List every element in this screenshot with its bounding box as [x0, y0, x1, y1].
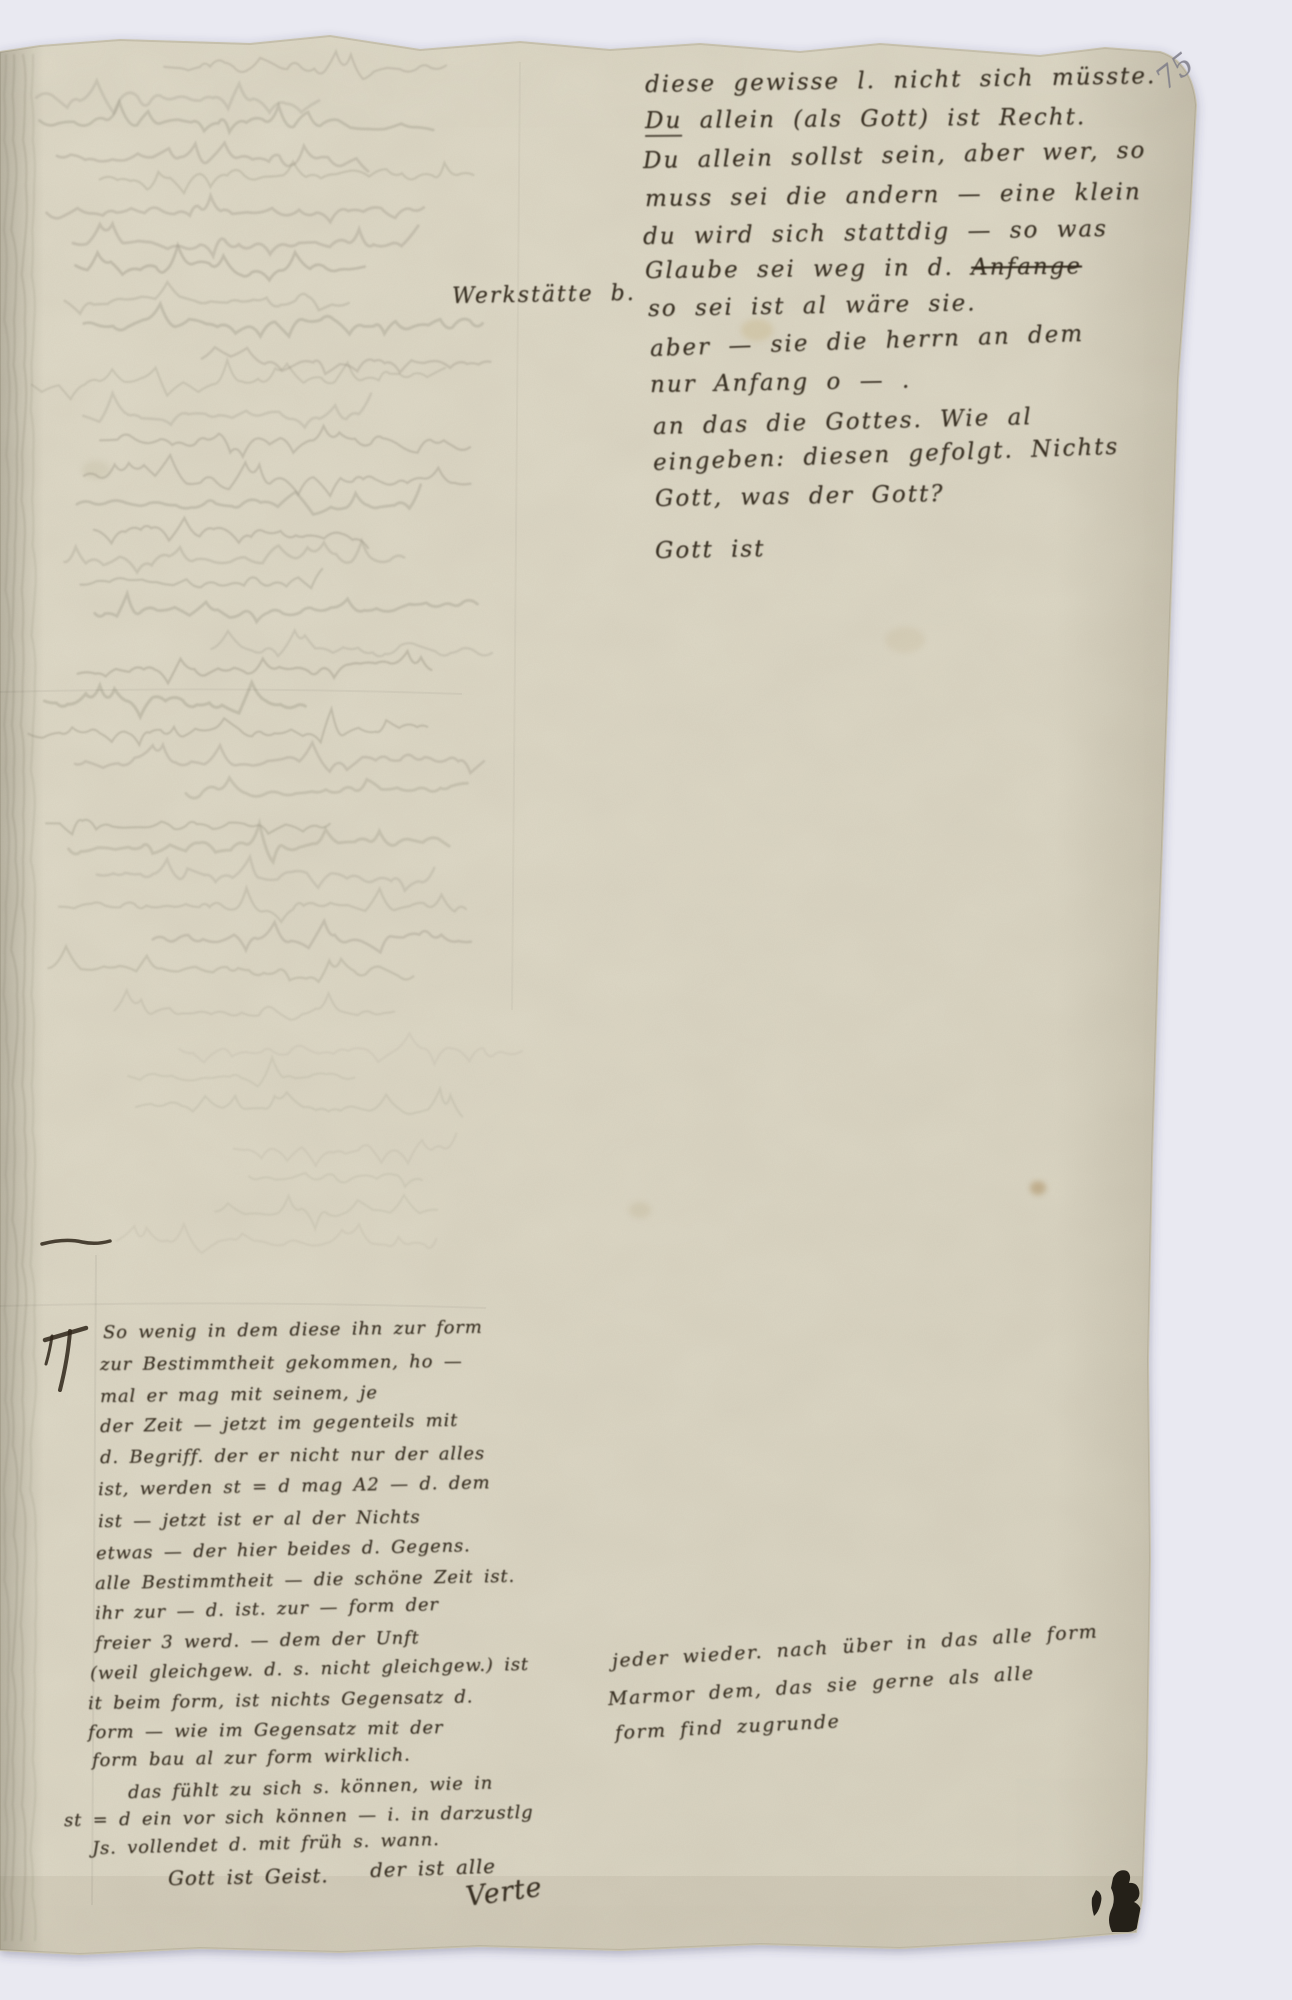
- handwriting-line: etwas — der hier beides d. Gegens.: [96, 1535, 471, 1564]
- handwriting-line: so sei ist al wäre sie.: [648, 290, 977, 322]
- handwriting-segment: allein (als Gott) ist Recht.: [682, 104, 1086, 134]
- handwriting-line: So wenig in dem diese ihn zur form: [103, 1317, 483, 1343]
- werkstatt-note: Werkstätte b.: [452, 281, 636, 309]
- handwriting-line: form find zugrunde: [614, 1710, 840, 1744]
- handwriting-line: form bau al zur form wirklich.: [92, 1744, 411, 1771]
- struck-word: Anfange: [971, 253, 1082, 280]
- handwriting-line: ist — jetzt ist er al der Nichts: [98, 1506, 421, 1532]
- handwriting-layer: 75 diese gewisse l. nicht sich müsste. D…: [0, 0, 1292, 2000]
- handwriting-line: d. Begriff. der er nicht nur der alles: [100, 1443, 485, 1468]
- handwriting-line: muss sei die andern — eine klein: [645, 179, 1142, 212]
- handwriting-line: mal er mag mit seinem, je: [100, 1382, 378, 1407]
- handwriting-line: nur Anfang o — .: [650, 367, 912, 398]
- handwriting-line: aber — sie die herrn an dem: [650, 321, 1085, 362]
- handwriting-line: der Zeit — jetzt im gegenteils mit: [100, 1410, 458, 1437]
- handwriting-line: Marmor dem, das sie gerne als alle: [607, 1662, 1035, 1710]
- manuscript-scan: 75 diese gewisse l. nicht sich müsste. D…: [0, 0, 1292, 2000]
- handwriting-line: Gott, was der Gott?: [655, 481, 945, 512]
- handwriting-line: Js. vollendet d. mit früh s. wann.: [92, 1829, 440, 1859]
- handwriting-line: Gott ist: [655, 536, 766, 564]
- handwriting-line: Du allein sollst sein, aber wer, so: [643, 137, 1147, 174]
- handwriting-line: das fühlt zu sich s. können, wie in: [128, 1772, 494, 1803]
- handwriting-line: du wird sich stattdig — so was: [643, 216, 1108, 250]
- handwriting-line: it beim form, ist nichts Gegensatz d.: [88, 1686, 474, 1714]
- underlined-word: Du: [645, 108, 683, 137]
- handwriting-line: an das die Gottes. Wie al: [653, 404, 1033, 440]
- handwriting-line: der ist alle: [370, 1854, 497, 1882]
- handwriting-segment: Glaube sei weg in d.: [645, 255, 971, 284]
- handwriting-line: form — wie im Gegensatz mit der: [88, 1717, 444, 1743]
- handwriting-line: freier 3 werd. — dem der Unft: [95, 1627, 420, 1654]
- handwriting-line: Gott ist Geist.: [168, 1863, 329, 1890]
- handwriting-line: Glaube sei weg in d. Anfange: [645, 253, 1082, 284]
- handwriting-line: diese gewisse l. nicht sich müsste.: [645, 63, 1157, 98]
- handwriting-line: Du allein (als Gott) ist Recht.: [645, 104, 1086, 134]
- handwriting-line: (weil gleichgew. d. s. nicht gleichgew.)…: [90, 1654, 529, 1684]
- handwriting-line: ist, werden st = d mag A2 — d. dem: [98, 1472, 491, 1500]
- handwriting-line: zur Bestimmtheit gekommen, ho —: [100, 1351, 463, 1375]
- folio-number: 75: [1149, 46, 1201, 97]
- handwriting-line: alle Bestimmtheit — die schöne Zeit ist.: [95, 1566, 515, 1594]
- handwriting-line: ihr zur — d. ist. zur — form der: [95, 1594, 439, 1624]
- handwriting-line: eingeben: diesen gefolgt. Nichts: [653, 434, 1120, 476]
- handwriting-line: st = d ein vor sich können — i. in darzu…: [64, 1802, 534, 1831]
